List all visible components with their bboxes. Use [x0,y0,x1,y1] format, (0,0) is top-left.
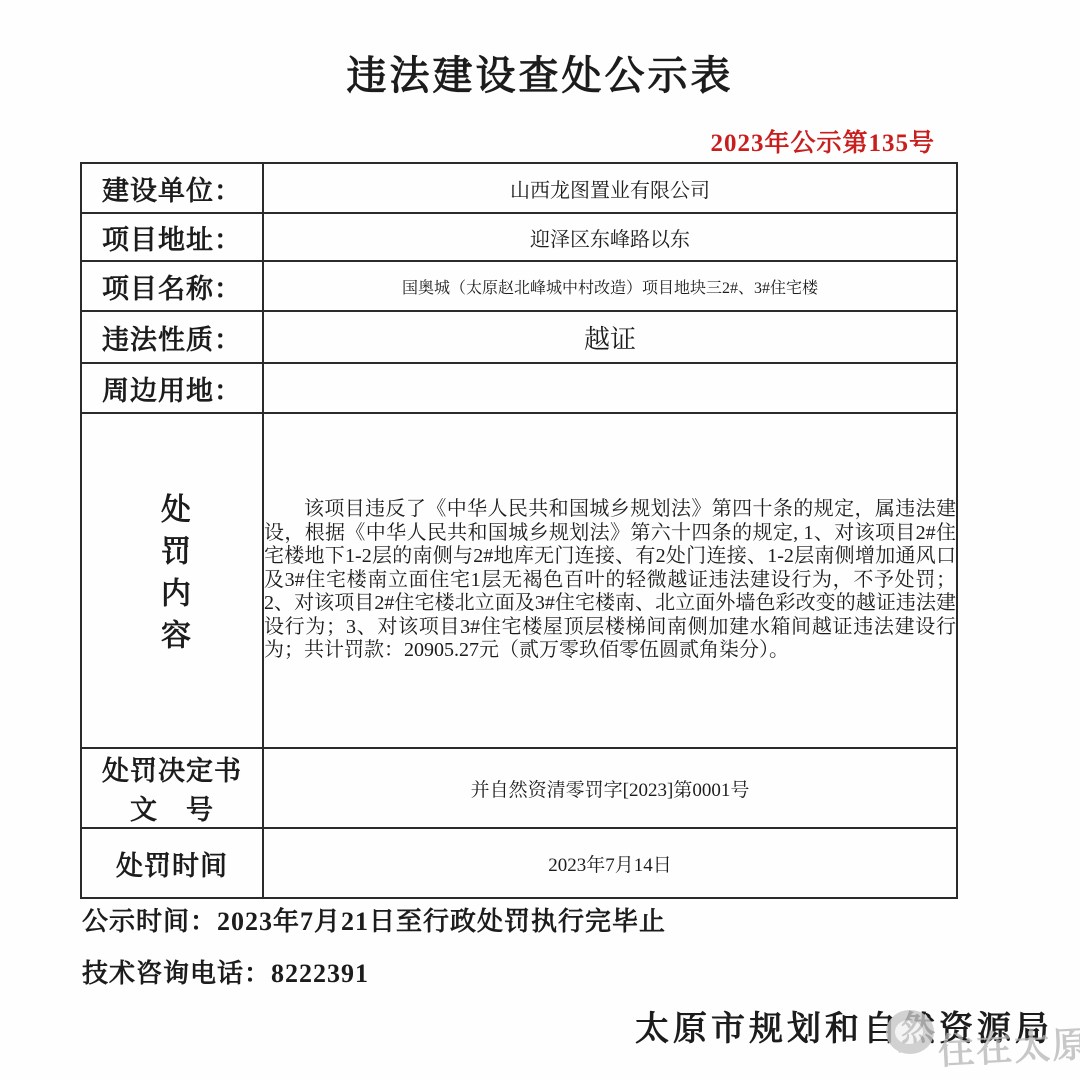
row-label-punishment-time: 处罚时间 [81,828,263,898]
publicity-time-line: 公示时间：2023年7月21日至行政处罚执行完毕止 [82,901,666,938]
row-value-violation-nature: 越证 [263,311,957,363]
table-row-violation-nature: 违法性质： 越证 [81,311,957,363]
row-label-violation-nature: 违法性质： [81,311,263,363]
table-row-construction-unit: 建设单位： 山西龙图置业有限公司 [81,163,957,213]
table-row-decision-doc-number: 处罚决定书 文 号 并自然资清零罚字[2023]第0001号 [81,748,957,828]
row-label-surrounding-land: 周边用地： [81,363,263,413]
row-label-construction-unit: 建设单位： [81,163,263,213]
row-value-surrounding-land [263,363,957,413]
table-row-punishment-content: 处罚内容 该项目违反了《中华人民共和国城乡规划法》第四十条的规定，属违法建设，根… [81,413,957,748]
row-value-construction-unit: 山西龙图置业有限公司 [263,163,957,213]
row-label-decision-doc-number: 处罚决定书 文 号 [81,748,263,828]
punishment-content-vertical-label: 处罚内容 [157,493,187,661]
row-label-punishment-content: 处罚内容 [81,413,263,748]
table-row-punishment-time: 处罚时间 2023年7月14日 [81,828,957,898]
row-value-project-address: 迎泽区东峰路以东 [263,213,957,261]
agency-signature: 太原市规划和自然资源局 [635,1001,1053,1050]
page-title: 违法建设查处公示表 [0,44,1080,101]
punishment-content-text: 该项目违反了《中华人民共和国城乡规划法》第四十条的规定，属违法建设，根据《中华人… [264,498,956,663]
row-label-project-name: 项目名称： [81,261,263,311]
table-row-surrounding-land: 周边用地： [81,363,957,413]
row-label-project-address: 项目地址： [81,213,263,261]
notice-number: 2023年公示第135号 [710,123,935,159]
row-value-decision-doc-number: 并自然资清零罚字[2023]第0001号 [263,748,957,828]
table-row-project-address: 项目地址： 迎泽区东峰路以东 [81,213,957,261]
notice-table: 建设单位： 山西龙图置业有限公司 项目地址： 迎泽区东峰路以东 项目名称： 国奥… [80,162,958,899]
decision-doc-label-line1: 处罚决定书 [82,749,262,788]
row-value-punishment-content: 该项目违反了《中华人民共和国城乡规划法》第四十条的规定，属违法建设，根据《中华人… [263,413,957,748]
decision-doc-label-line2: 文 号 [82,788,262,827]
consult-phone-line: 技术咨询电话：8222391 [82,953,369,990]
row-value-punishment-time: 2023年7月14日 [263,828,957,898]
table-row-project-name: 项目名称： 国奥城（太原赵北峰城中村改造）项目地块三2#、3#住宅楼 [81,261,957,311]
notice-document: 违法建设查处公示表 2023年公示第135号 建设单位： 山西龙图置业有限公司 … [0,0,1080,1080]
row-value-project-name: 国奥城（太原赵北峰城中村改造）项目地块三2#、3#住宅楼 [263,261,957,311]
